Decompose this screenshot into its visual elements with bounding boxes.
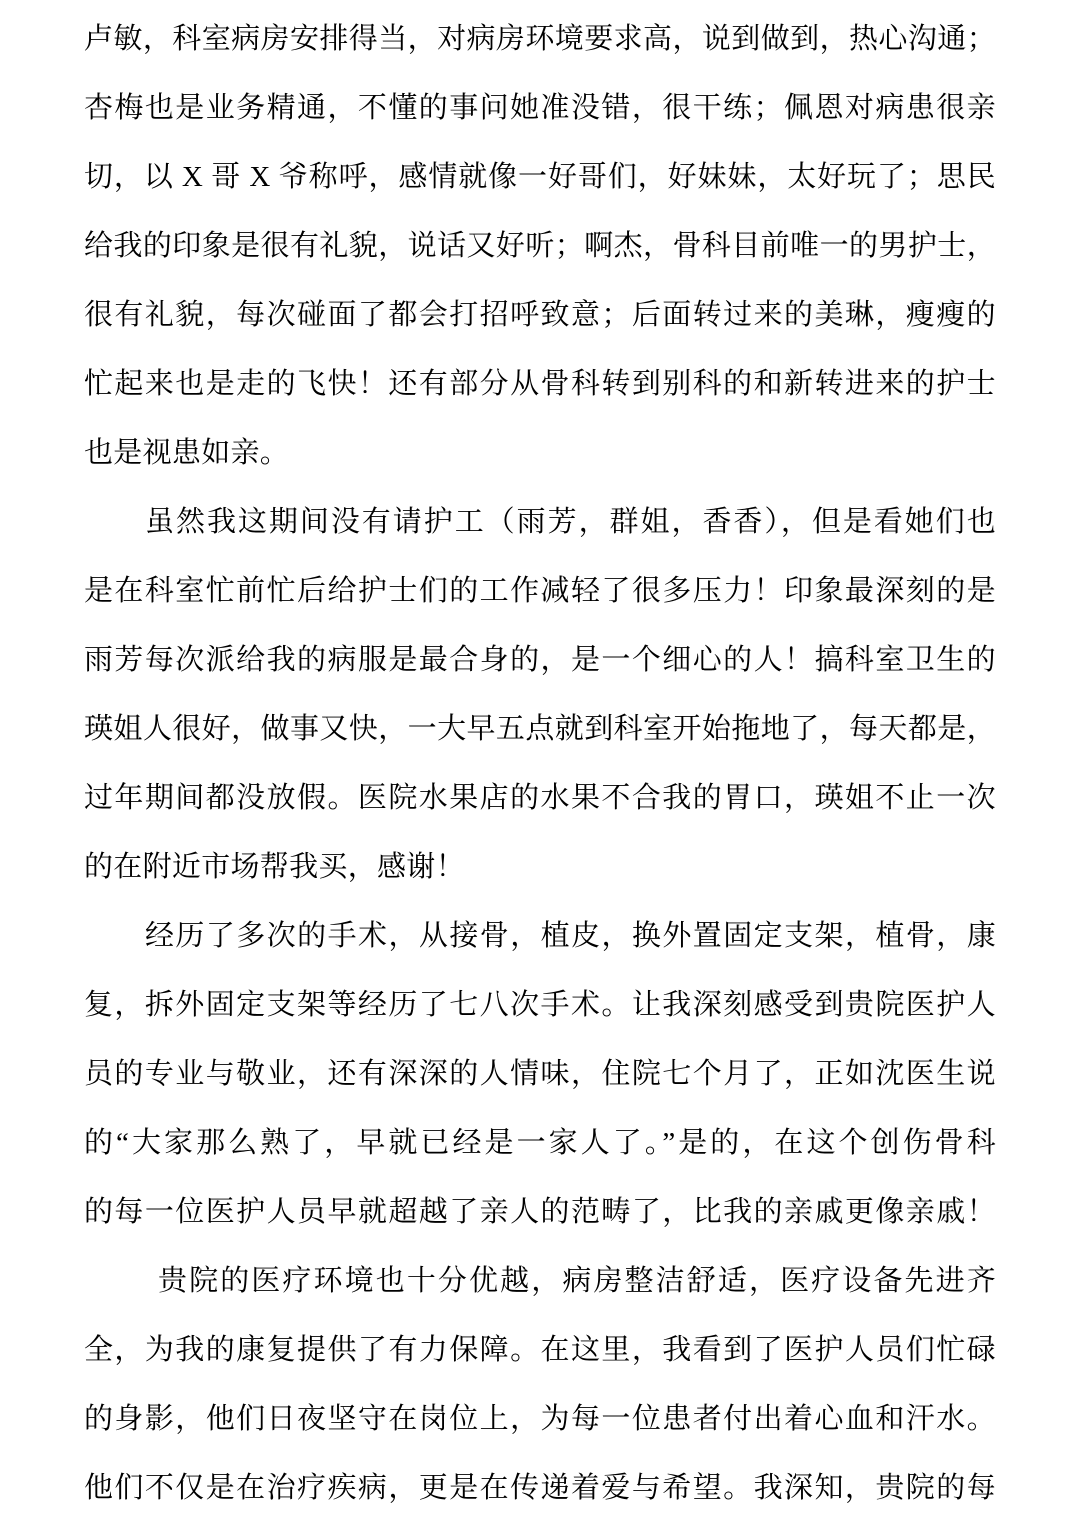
text-line: 忙起来也是走的飞快！还有部分从骨科转到别科的和新转进来的护士 <box>84 350 996 419</box>
text-line: 给我的印象是很有礼貌，说话又好听；啊杰，骨科目前唯一的男护士， <box>84 212 996 281</box>
text-line: 的在附近市场帮我买，感谢！ <box>84 833 996 902</box>
text-line: 的每一位医护人员早就超越了亲人的范畴了，比我的亲戚更像亲戚！ <box>84 1178 996 1247</box>
text-line: 是在科室忙前忙后给护士们的工作减轻了很多压力！印象最深刻的是 <box>84 557 996 626</box>
text-line: 虽然我这期间没有请护工（雨芳，群姐，香香），但是看她们也 <box>84 488 996 557</box>
paragraph-nurses-continued: 卢敏，科室病房安排得当，对病房环境要求高，说到做到，热心沟通； 杏梅也是业务精通… <box>84 5 996 488</box>
text-line: 贵院的医疗环境也十分优越，病房整洁舒适，医疗设备先进齐 <box>84 1247 996 1316</box>
text-line: 全，为我的康复提供了有力保障。在这里，我看到了医护人员们忙碌 <box>84 1316 996 1385</box>
text-line: 也是视患如亲。 <box>84 419 996 488</box>
paragraph-environment: 贵院的医疗环境也十分优越，病房整洁舒适，医疗设备先进齐 全，为我的康复提供了有力… <box>84 1247 996 1523</box>
text-line: 的身影，他们日夜坚守在岗位上，为每一位患者付出着心血和汗水。 <box>84 1385 996 1454</box>
text-line: 过年期间都没放假。医院水果店的水果不合我的胃口，瑛姐不止一次 <box>84 764 996 833</box>
text-line: 复，拆外固定支架等经历了七八次手术。让我深刻感受到贵院医护人 <box>84 971 996 1040</box>
text-line: 他们不仅是在治疗疾病，更是在传递着爱与希望。我深知，贵院的每 <box>84 1454 996 1523</box>
paragraph-surgeries: 经历了多次的手术，从接骨，植皮，换外置固定支架，植骨，康 复，拆外固定支架等经历… <box>84 902 996 1247</box>
text-line: 雨芳每次派给我的病服是最合身的，是一个细心的人！搞科室卫生的 <box>84 626 996 695</box>
text-line: 切，以 X 哥 X 爷称呼，感情就像一好哥们，好妹妹，太好玩了；思民 <box>84 143 996 212</box>
text-line: 经历了多次的手术，从接骨，植皮，换外置固定支架，植骨，康 <box>84 902 996 971</box>
text-line: 员的专业与敬业，还有深深的人情味，住院七个月了，正如沈医生说 <box>84 1040 996 1109</box>
text-line: 很有礼貌，每次碰面了都会打招呼致意；后面转过来的美琳，瘦瘦的 <box>84 281 996 350</box>
text-line: 卢敏，科室病房安排得当，对病房环境要求高，说到做到，热心沟通； <box>84 5 996 74</box>
document-page: 卢敏，科室病房安排得当，对病房环境要求高，说到做到，热心沟通； 杏梅也是业务精通… <box>0 0 1080 1527</box>
paragraph-caregivers: 虽然我这期间没有请护工（雨芳，群姐，香香），但是看她们也 是在科室忙前忙后给护士… <box>84 488 996 902</box>
text-line: 瑛姐人很好，做事又快，一大早五点就到科室开始拖地了，每天都是， <box>84 695 996 764</box>
letter-body: 卢敏，科室病房安排得当，对病房环境要求高，说到做到，热心沟通； 杏梅也是业务精通… <box>84 5 996 1523</box>
text-line: 杏梅也是业务精通，不懂的事问她准没错，很干练；佩恩对病患很亲 <box>84 74 996 143</box>
text-line: 的“大家那么熟了，早就已经是一家人了。”是的，在这个创伤骨科 <box>84 1109 996 1178</box>
